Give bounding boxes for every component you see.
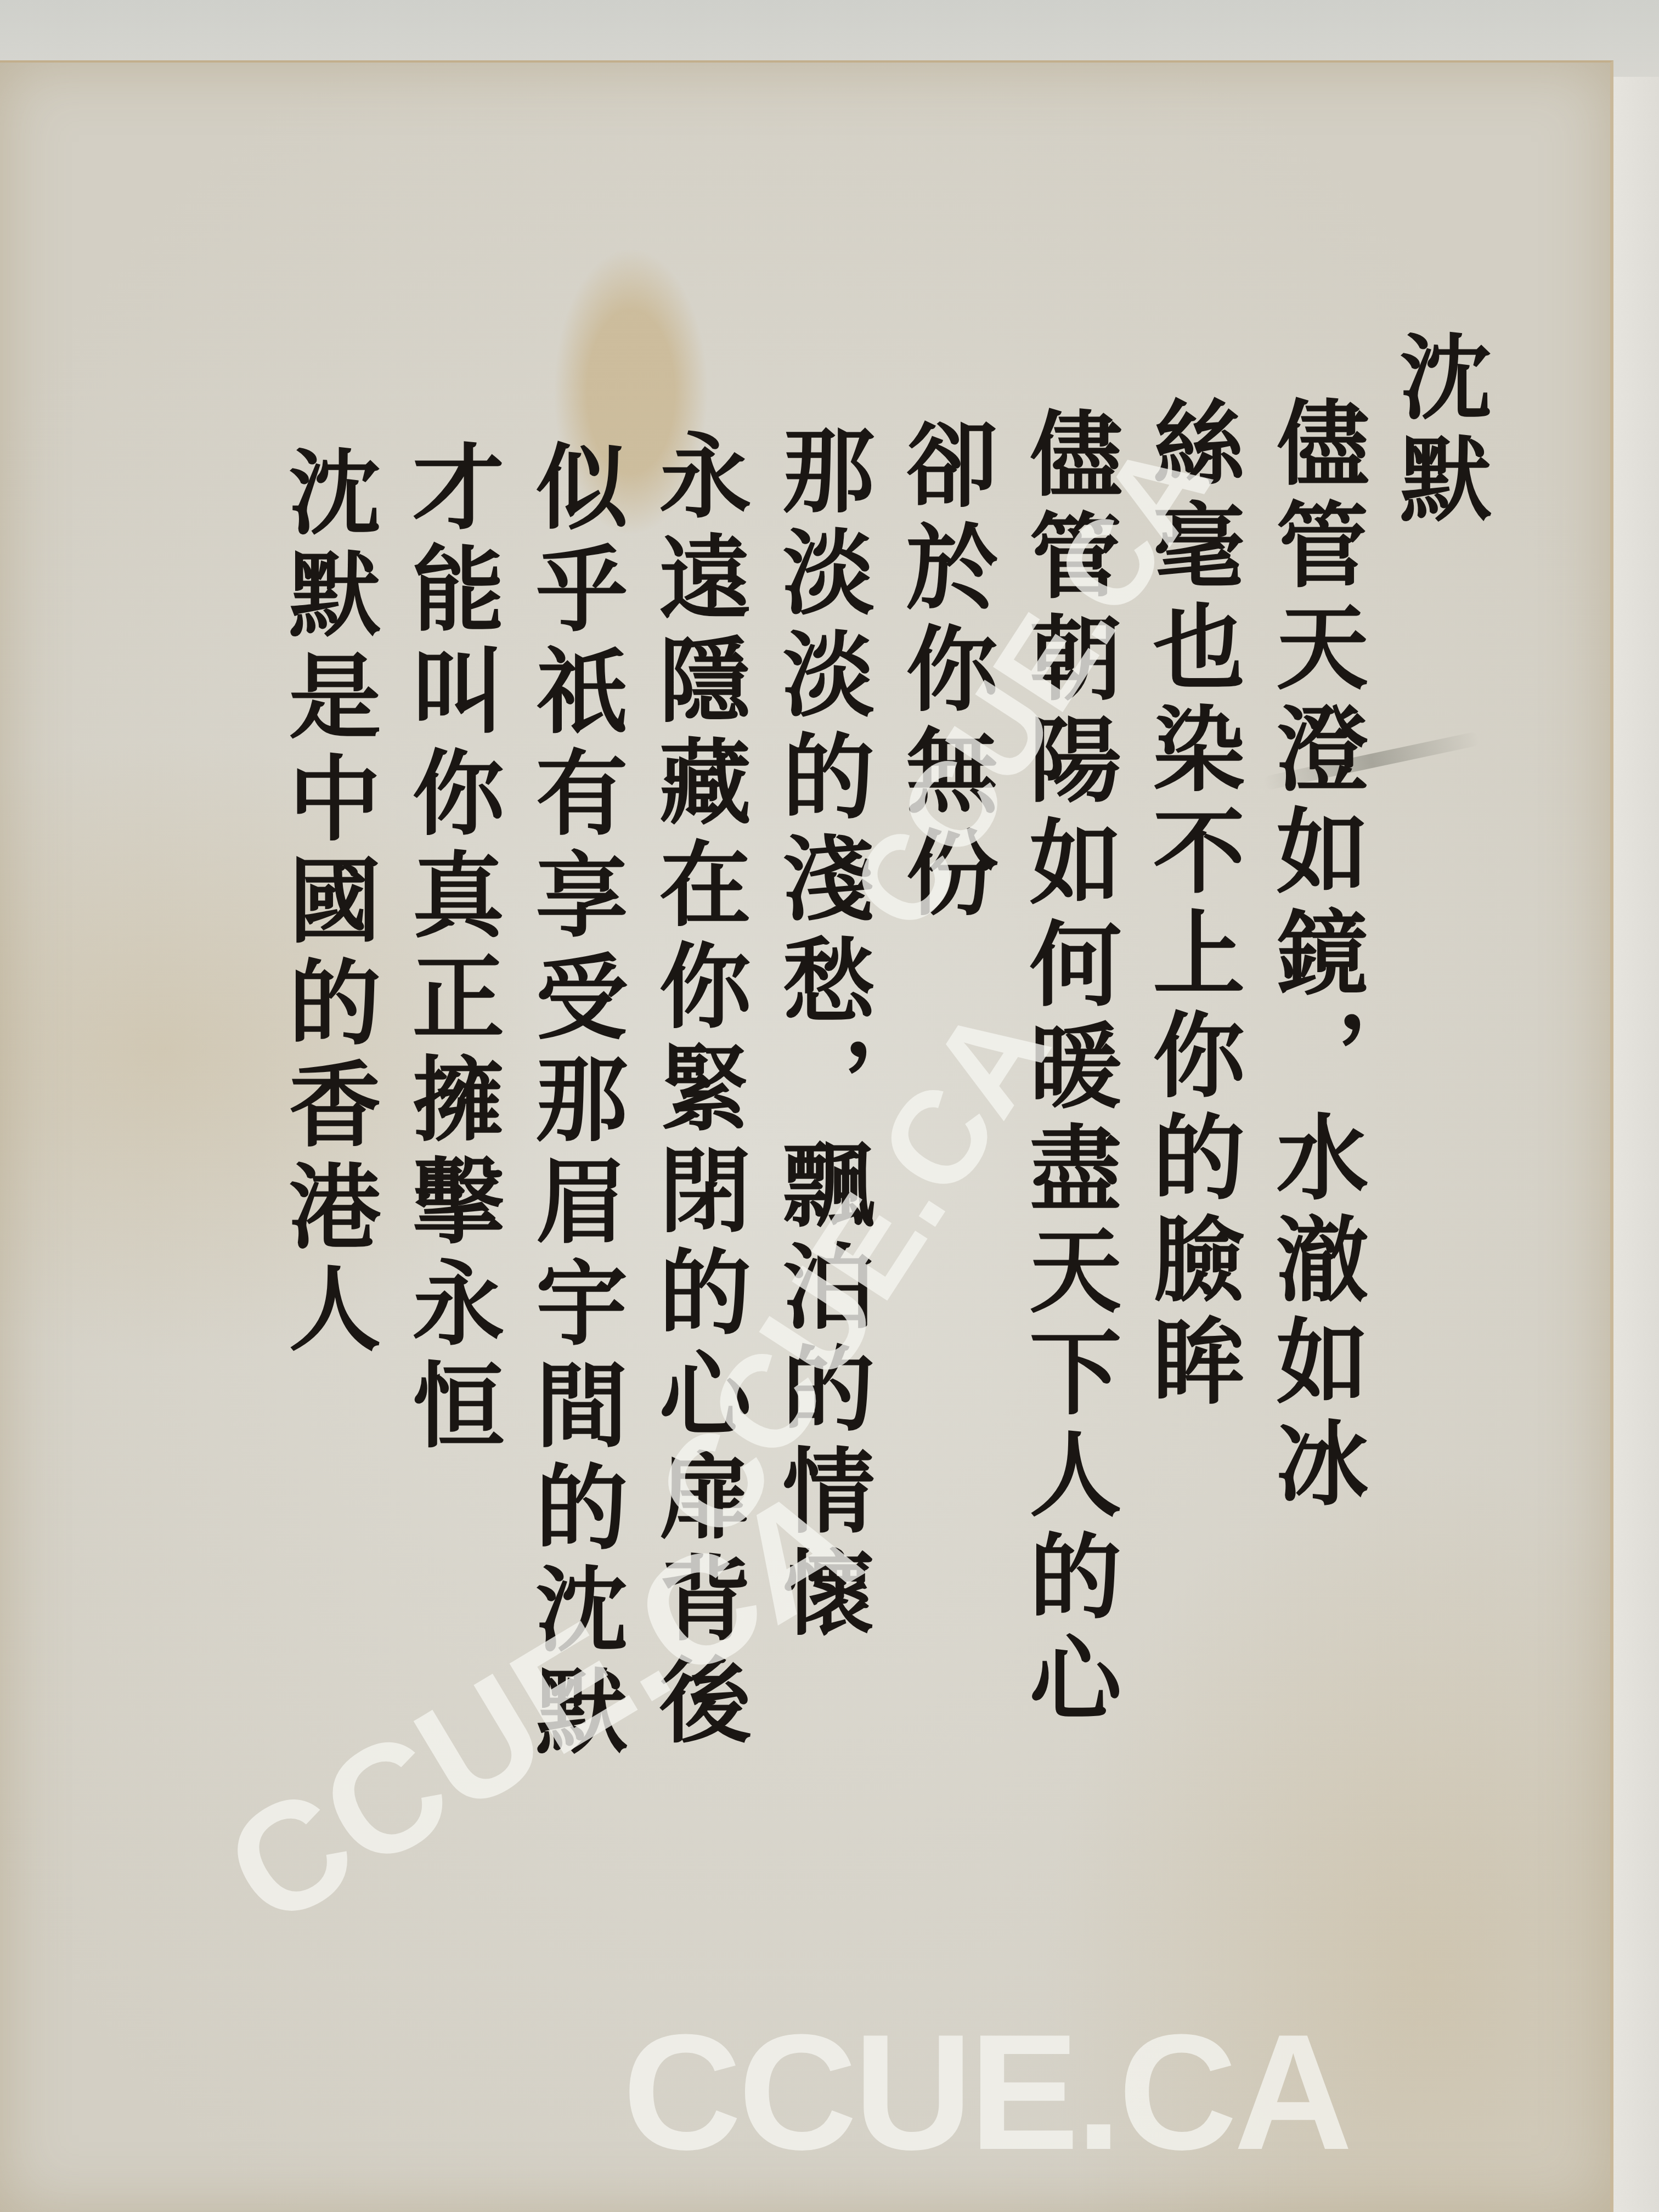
poem-line-6: 永遠隱藏在你緊閉的心扉背後 <box>636 428 759 1997</box>
poem-line-7: 似乎祇有享受那眉宇間的沈默 <box>512 439 636 1997</box>
poem-line-9: 沈默是中國的香港人 <box>266 444 389 1997</box>
poem-line-2: 絲毫也染不上你的臉眸 <box>1130 395 1253 1997</box>
poem-line-4: 卻於你無份 <box>883 417 1006 1997</box>
poem-line-3: 儘管朝陽如何暖盡天下人的心 <box>1006 406 1130 1997</box>
poem-line-5: 那淡淡的淺愁，飄泊的情懷 <box>759 422 883 1997</box>
poem-line-8: 才能叫你真正擁擊永恒 <box>389 439 512 1997</box>
poem-body: 沈默 儘管天澄如鏡，水澈如冰 絲毫也染不上你的臉眸 儘管朝陽如何暖盡天下人的心 … <box>266 351 1500 1997</box>
poem-title: 沈默 <box>1376 329 1500 1997</box>
poem-line-1: 儘管天澄如鏡，水澈如冰 <box>1253 395 1376 1997</box>
